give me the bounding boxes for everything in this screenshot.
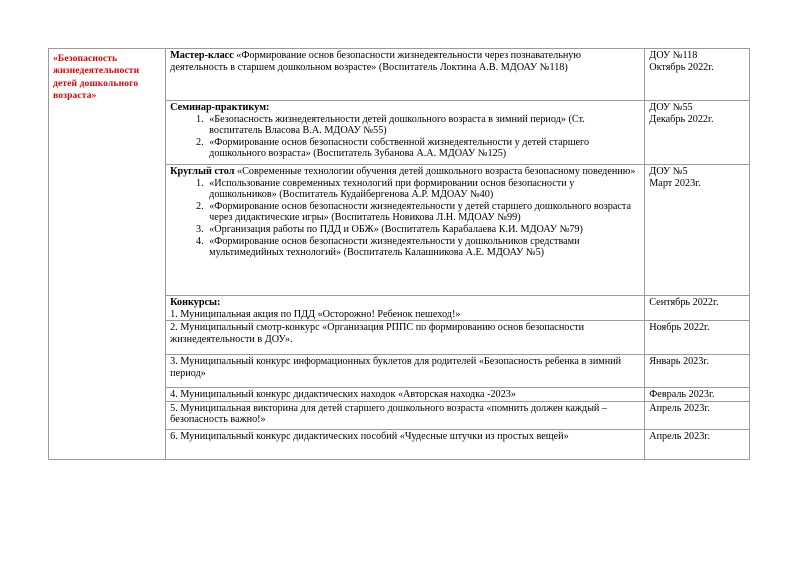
event-place-date: ДОУ №55Декабрь 2022г.	[645, 101, 750, 165]
list-item: «Формирование основ безопасности жизнеде…	[206, 201, 640, 224]
contest-date: Апрель 2023г.	[645, 429, 750, 459]
event-description: Круглый стол «Современные технологии обу…	[166, 165, 645, 296]
contest-text: 1. Муниципальная акция по ПДД «Осторожно…	[170, 309, 640, 321]
table-row: «Безопасность жизнедеятельности детей до…	[49, 49, 750, 101]
contest-description: Конкурсы:1. Муниципальная акция по ПДД «…	[166, 296, 645, 321]
event-description: Семинар-практикум: «Безопасность жизнеде…	[166, 101, 645, 165]
event-text: «Современные технологии обучения детей д…	[234, 166, 635, 177]
list-item: «Формирование основ безопасности собстве…	[206, 137, 640, 160]
contest-date: Февраль 2023г.	[645, 388, 750, 402]
contest-text: 5. Муниципальная викторина для детей ста…	[166, 401, 645, 429]
event-description: Мастер-класс «Формирование основ безопас…	[166, 49, 645, 101]
contest-date: Сентябрь 2022г.	[645, 296, 750, 321]
list-item: «Организация работы по ПДД и ОБЖ» (Воспи…	[206, 224, 640, 236]
event-place: ДОУ №5	[649, 166, 745, 178]
list-item: «Использование современных технологий пр…	[206, 178, 640, 201]
event-type-label: Круглый стол	[170, 166, 234, 177]
events-plan-table: «Безопасность жизнедеятельности детей до…	[48, 48, 750, 460]
contest-text: 3. Муниципальный конкурс информационных …	[166, 355, 645, 388]
event-place: ДОУ №55	[649, 102, 745, 114]
contest-date: Январь 2023г.	[645, 355, 750, 388]
event-items-list: «Безопасность жизнедеятельности детей до…	[170, 114, 640, 160]
contest-text: 4. Муниципальный конкурс дидактических н…	[166, 388, 645, 402]
event-place-date: ДОУ №118Октябрь 2022г.	[645, 49, 750, 101]
theme-cell: «Безопасность жизнедеятельности детей до…	[49, 49, 166, 460]
event-place-date: ДОУ №5Март 2023г.	[645, 165, 750, 296]
event-type-label: Семинар-практикум:	[170, 102, 269, 113]
event-place: ДОУ №118	[649, 50, 745, 62]
contest-text: 6. Муниципальный конкурс дидактических п…	[166, 429, 645, 459]
contest-date: Ноябрь 2022г.	[645, 321, 750, 355]
event-items-list: «Использование современных технологий пр…	[170, 178, 640, 259]
contest-date: Апрель 2023г.	[645, 401, 750, 429]
event-date: Март 2023г.	[649, 178, 745, 190]
list-item: «Формирование основ безопасности жизнеде…	[206, 236, 640, 259]
contest-text: 2. Муниципальный смотр-конкурс «Организа…	[166, 321, 645, 355]
event-date: Октябрь 2022г.	[649, 62, 745, 74]
event-date: Декабрь 2022г.	[649, 114, 745, 126]
event-type-label: Мастер-класс	[170, 50, 234, 61]
list-item: «Безопасность жизнедеятельности детей до…	[206, 114, 640, 137]
contests-heading: Конкурсы:	[170, 297, 220, 308]
